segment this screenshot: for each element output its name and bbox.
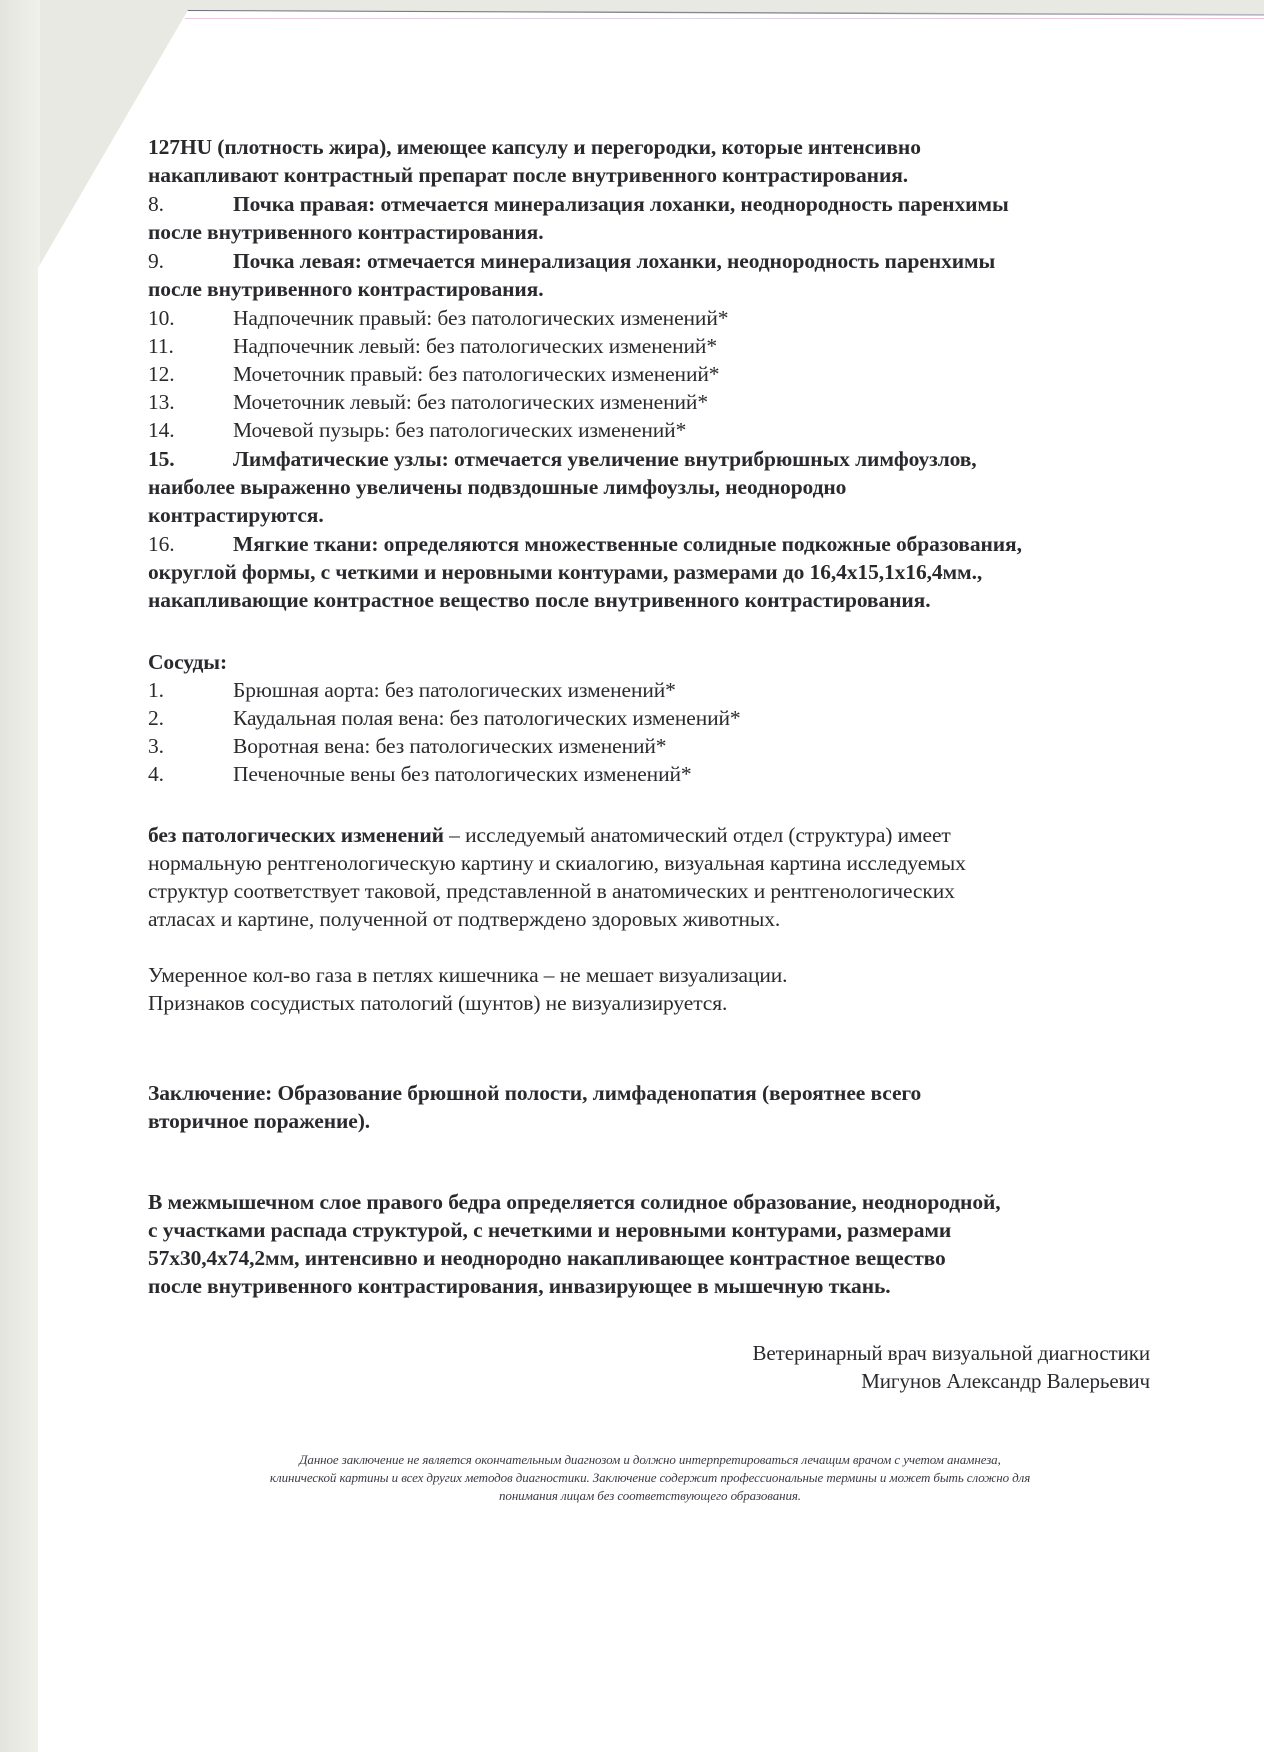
- item-continuation: контрастируются.: [148, 502, 324, 528]
- page-top-edge: [185, 8, 1264, 16]
- definition-line: нормальную рентгенологическую картину и …: [148, 850, 966, 876]
- note-shunts: Признаков сосудистых патологий (шунтов) …: [148, 990, 727, 1016]
- organ-item-lymph-nodes: 15.Лимфатические узлы: отмечается увелич…: [148, 446, 977, 472]
- thigh-finding-line: с участками распада структурой, с нечетк…: [148, 1217, 951, 1243]
- item-continuation: после внутривенного контрастирования.: [148, 276, 544, 302]
- item-text: Мягкие ткани: определяются множественные…: [233, 532, 1022, 556]
- vessel-item: 3.Воротная вена: без патологических изме…: [148, 733, 666, 759]
- item-number: 3.: [148, 733, 233, 759]
- definition-line: структур соответствует таковой, представ…: [148, 878, 955, 904]
- thigh-finding-line: после внутривенного контрастирования, ин…: [148, 1273, 891, 1299]
- thigh-finding-line: В межмышечном слое правого бедра определ…: [148, 1189, 1001, 1215]
- organ-item-adrenal-left: 11.Надпочечник левый: без патологических…: [148, 333, 717, 359]
- disclaimer-line: понимания лицам без соответствующего обр…: [150, 1487, 1150, 1505]
- item-text: Почка левая: отмечается минерализация ло…: [233, 249, 995, 273]
- page-top-edge-highlight: [185, 18, 1264, 19]
- conclusion-continuation: вторичное поражение).: [148, 1108, 370, 1134]
- item-text: Мочеточник правый: без патологических из…: [233, 362, 719, 386]
- vessel-item: 1.Брюшная аорта: без патологических изме…: [148, 677, 676, 703]
- item-number: 14.: [148, 417, 233, 443]
- note-gas: Умеренное кол-во газа в петлях кишечника…: [148, 962, 787, 988]
- scanner-background: [0, 0, 40, 1752]
- item-text: Каудальная полая вена: без патологически…: [233, 706, 741, 730]
- continuation-line: накапливают контрастный препарат после в…: [148, 162, 908, 188]
- definition-term: без патологических изменений: [148, 823, 444, 847]
- item-text: Брюшная аорта: без патологических измене…: [233, 678, 676, 702]
- item-text: Надпочечник левый: без патологических из…: [233, 334, 717, 358]
- disclaimer-line: Данное заключение не является окончатель…: [150, 1451, 1150, 1469]
- organ-item-kidney-right: 8.Почка правая: отмечается минерализация…: [148, 191, 1009, 217]
- definition-text: – исследуемый анатомический отдел (струк…: [444, 823, 951, 847]
- item-number: 12.: [148, 361, 233, 387]
- organ-item-ureter-left: 13.Мочеточник левый: без патологических …: [148, 389, 708, 415]
- disclaimer-line: клинической картины и всех других методо…: [150, 1469, 1150, 1487]
- organ-item-ureter-right: 12.Мочеточник правый: без патологических…: [148, 361, 719, 387]
- vessel-item: 4.Печеночные вены без патологических изм…: [148, 761, 692, 787]
- item-text: Печеночные вены без патологических измен…: [233, 762, 692, 786]
- item-text: Мочеточник левый: без патологических изм…: [233, 390, 708, 414]
- item-number: 13.: [148, 389, 233, 415]
- continuation-line: 127HU (плотность жира), имеющее капсулу …: [148, 134, 921, 160]
- item-number: 4.: [148, 761, 233, 787]
- item-continuation: накапливающие контрастное вещество после…: [148, 587, 930, 613]
- organ-item-adrenal-right: 10.Надпочечник правый: без патологически…: [148, 305, 728, 331]
- item-number: 9.: [148, 248, 233, 274]
- vessels-heading: Сосуды:: [148, 649, 227, 675]
- item-number: 15.: [148, 446, 233, 472]
- thigh-finding-line: 57х30,4х74,2мм, интенсивно и неоднородно…: [148, 1245, 946, 1271]
- vessel-item: 2.Каудальная полая вена: без патологичес…: [148, 705, 741, 731]
- organ-item-bladder: 14.Мочевой пузырь: без патологических из…: [148, 417, 686, 443]
- item-text: Мочевой пузырь: без патологических измен…: [233, 418, 686, 442]
- item-text: Воротная вена: без патологических измене…: [233, 734, 666, 758]
- item-text: Лимфатические узлы: отмечается увеличени…: [233, 447, 977, 471]
- item-number: 1.: [148, 677, 233, 703]
- item-number: 8.: [148, 191, 233, 217]
- item-number: 10.: [148, 305, 233, 331]
- item-number: 16.: [148, 531, 233, 557]
- signature-name: Мигунов Александр Валерьевич: [861, 1368, 1150, 1394]
- item-continuation: округлой формы, с четкими и неровными ко…: [148, 559, 982, 585]
- item-continuation: наиболее выраженно увеличены подвздошные…: [148, 474, 846, 500]
- item-continuation: после внутривенного контрастирования.: [148, 219, 544, 245]
- item-text: Почка правая: отмечается минерализация л…: [233, 192, 1009, 216]
- definition-paragraph: без патологических изменений – исследуем…: [148, 822, 951, 848]
- item-number: 2.: [148, 705, 233, 731]
- item-number: 11.: [148, 333, 233, 359]
- scanned-page: 127HU (плотность жира), имеющее капсулу …: [0, 0, 1264, 1752]
- signature-title: Ветеринарный врач визуальной диагностики: [753, 1340, 1150, 1366]
- organ-item-soft-tissues: 16.Мягкие ткани: определяются множествен…: [148, 531, 1022, 557]
- conclusion: Заключение: Образование брюшной полости,…: [148, 1080, 921, 1106]
- organ-item-kidney-left: 9.Почка левая: отмечается минерализация …: [148, 248, 995, 274]
- item-text: Надпочечник правый: без патологических и…: [233, 306, 728, 330]
- definition-line: атласах и картине, полученной от подтвер…: [148, 906, 780, 932]
